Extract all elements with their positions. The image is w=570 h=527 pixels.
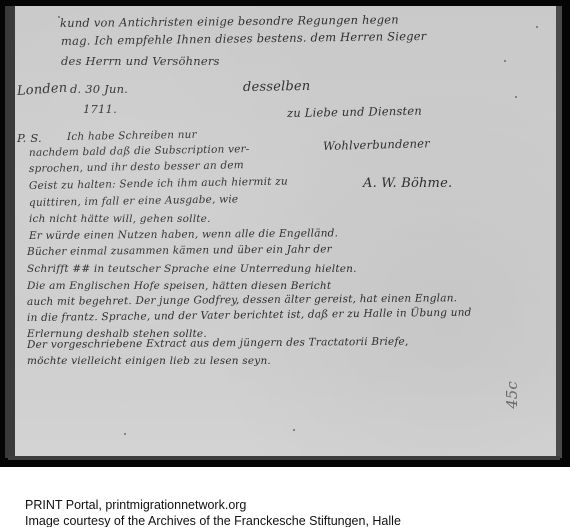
paper-edge-left <box>5 6 15 458</box>
ink-speck <box>515 96 517 98</box>
postscript-line: Die am Englischen Hofe speisen, hätten d… <box>27 280 331 292</box>
body-line: kund von Antichristen einige besondre Re… <box>60 12 399 30</box>
ink-speck <box>124 433 126 435</box>
closing-line: desselben <box>243 79 311 95</box>
caption-credit: Image courtesy of the Archives of the Fr… <box>25 513 401 527</box>
image-caption: PRINT Portal, printmigrationnetwork.org … <box>25 497 401 527</box>
postscript-line: quittiren, im fall er eine Ausgabe, wie <box>29 193 238 209</box>
place-name: Londen <box>16 81 67 99</box>
postscript-line: Ich habe Schreiben nur <box>67 129 197 143</box>
postscript-line: sprochen, und ihr desto besser an dem <box>29 159 244 175</box>
body-line: mag. Ich empfehle Ihnen dieses bestens. … <box>61 29 427 48</box>
postscript-line: auch mit begehret. Der junge Godfrey, de… <box>27 292 457 308</box>
ink-speck <box>293 429 295 431</box>
postscript-label: P. S. <box>17 131 42 145</box>
postscript-line: Der vorgeschriebene Extract aus dem jüng… <box>27 336 409 351</box>
postscript-line: in die frantz. Sprache, und der Vater be… <box>27 307 472 324</box>
postscript-line: Schrifft ## in teutscher Sprache eine Un… <box>27 263 357 275</box>
caption-source: PRINT Portal, printmigrationnetwork.org <box>25 497 401 513</box>
year-line: 1711. <box>83 102 117 116</box>
manuscript-page: kund von Antichristen einige besondre Re… <box>15 6 556 456</box>
body-line: des Herrn und Versöhners <box>61 54 220 68</box>
document-viewer: kund von Antichristen einige besondre Re… <box>0 0 570 527</box>
folio-number: 45c <box>503 381 521 409</box>
postscript-line: ich nicht hätte will, gehen sollte. <box>29 213 211 225</box>
closing-line: zu Liebe und Diensten <box>287 104 422 120</box>
postscript-line: Bücher einmal zusammen kämen und über ei… <box>27 243 332 258</box>
postscript-line: möchte vielleicht einigen lieb zu lesen … <box>27 355 271 367</box>
date-line: d. 30 Jun. <box>70 82 128 96</box>
postscript-line: Er würde einen Nutzen haben, wenn alle d… <box>29 227 338 242</box>
closing-line: Wohlverbundener <box>323 136 430 153</box>
ink-speck <box>536 26 538 28</box>
signature: A. W. Böhme. <box>363 176 452 191</box>
paper-edge-bottom <box>8 456 560 460</box>
postscript-line: Geist zu halten: Sende ich ihm auch hier… <box>29 175 288 192</box>
paper-edge-right <box>556 6 562 458</box>
scan-frame: kund von Antichristen einige besondre Re… <box>0 0 570 467</box>
postscript-line: nachdem bald daß die Subscription ver- <box>29 143 250 159</box>
ink-speck <box>504 60 506 62</box>
